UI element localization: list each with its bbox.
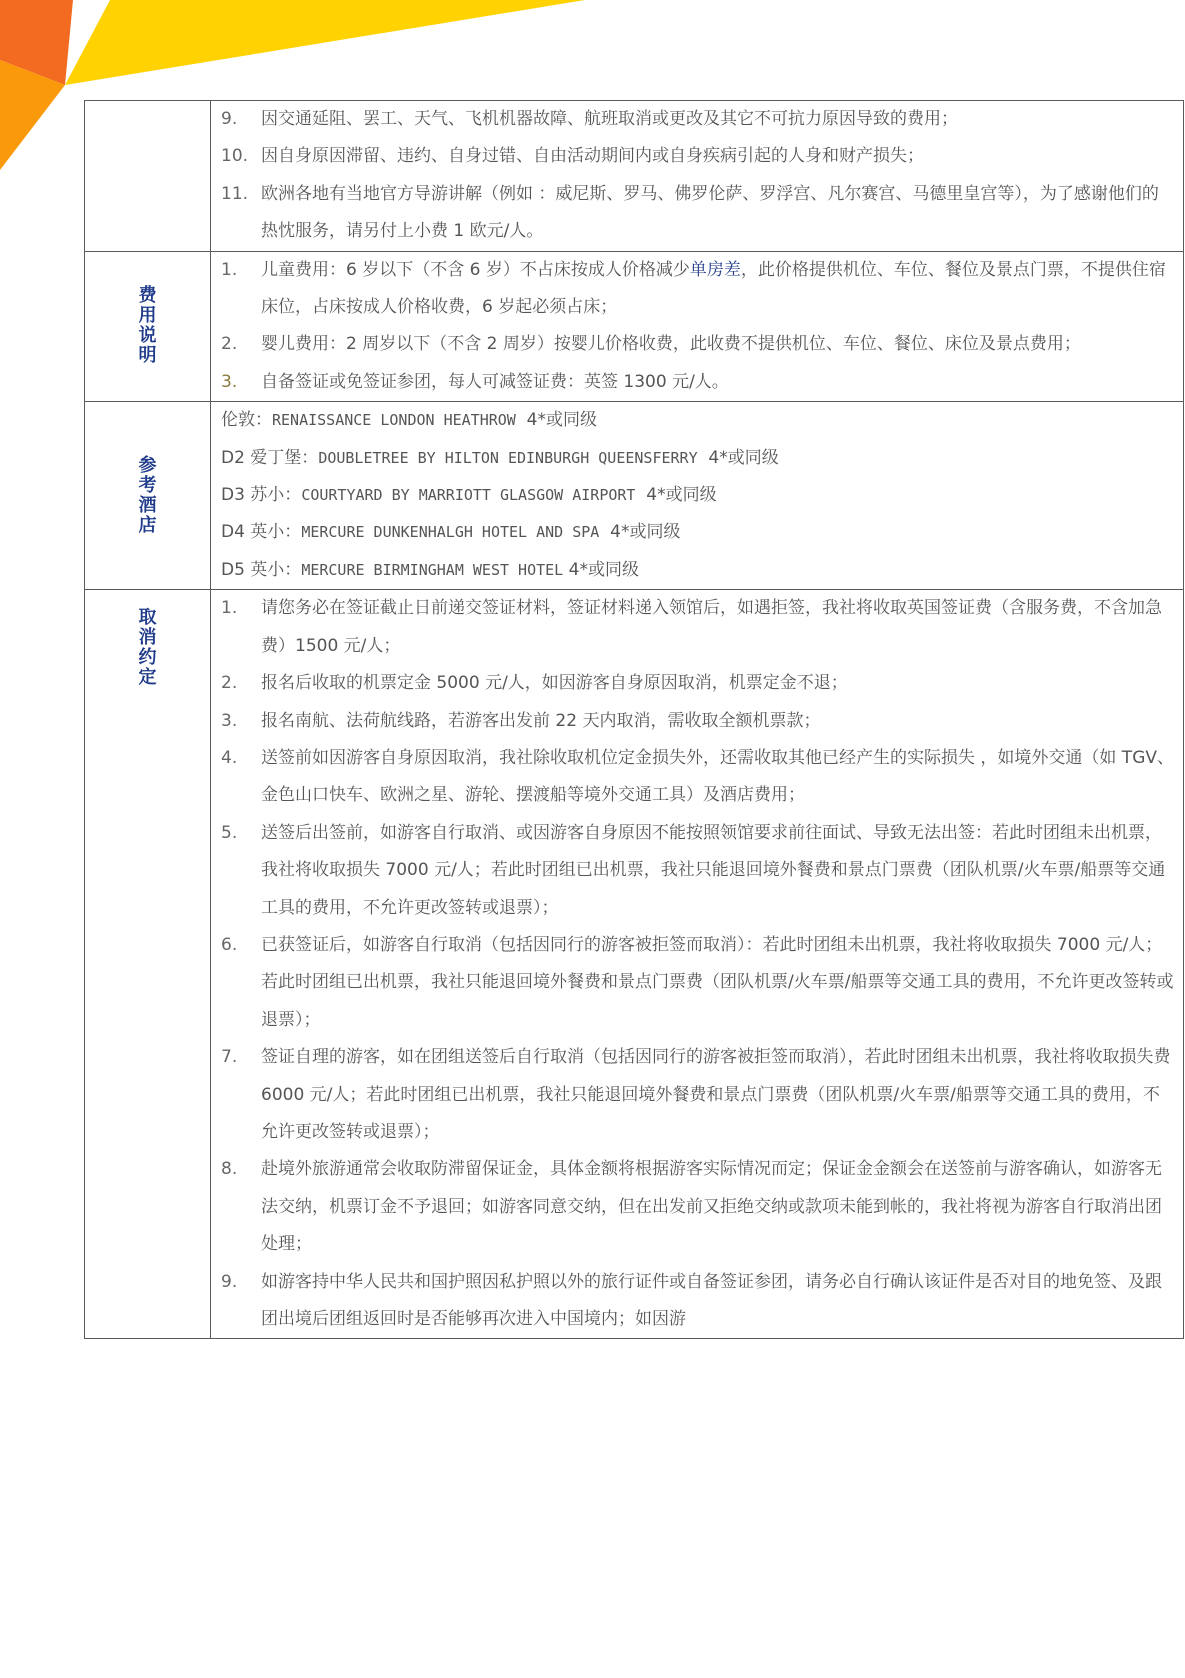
item-number: 5. [221, 815, 261, 927]
list-item: 3. 自备签证或免签证参团，每人可减签证费：英签 1300 元/人。 [221, 364, 1183, 401]
hotel-city: 伦敦： [221, 410, 272, 430]
list-item: 11. 欧洲各地有当地官方导游讲解（例如 ：威尼斯、罗马、佛罗伦萨、罗浮宫、凡尔… [221, 176, 1183, 251]
item-text: 赴境外旅游通常会收取防滞留保证金，具体金额将根据游客实际情况而定；保证金金额会在… [261, 1151, 1183, 1263]
item-text: 儿童费用：6 岁以下（不含 6 岁）不占床按成人价格减少单房差，此价格提供机位、… [261, 252, 1183, 327]
section-label: 取消约定 [138, 608, 158, 688]
hotel-name: COURTYARD BY MARRIOTT GLASGOW AIRPORT [301, 486, 635, 504]
hotel-name: MERCURE DUNKENHALGH HOTEL AND SPA [301, 523, 599, 541]
item-text: 婴儿费用：2 周岁以下（不含 2 周岁）按婴儿价格收费，此收费不提供机位、车位、… [261, 326, 1183, 363]
list-item: 6.已获签证后，如游客自行取消（包括因同行的游客被拒签而取消）：若此时团组未出机… [221, 927, 1183, 1039]
item-text: 送签前如因游客自身原因取消，我社除收取机位定金损失外，还需收取其他已经产生的实际… [261, 740, 1183, 815]
list-item: 8.赴境外旅游通常会收取防滞留保证金，具体金额将根据游客实际情况而定；保证金金额… [221, 1151, 1183, 1263]
hotels-content: 伦敦：RENAISSANCE LONDON HEATHROW 4*或同级 D2 … [211, 402, 1184, 590]
cancellation-label-cell: 取消约定 [85, 590, 211, 1339]
hotel-item: D3 苏小：COURTYARD BY MARRIOTT GLASGOW AIRP… [221, 477, 1183, 514]
list-item: 1. 儿童费用：6 岁以下（不含 6 岁）不占床按成人价格减少单房差，此价格提供… [221, 252, 1183, 327]
hotel-grade: 4*或同级 [635, 485, 716, 505]
item-number: 3. [221, 364, 261, 401]
list-item: 4.送签前如因游客自身原因取消，我社除收取机位定金损失外，还需收取其他已经产生的… [221, 740, 1183, 815]
list-item: 9. 因交通延阻、罢工、天气、飞机机器故障、航班取消或更改及其它不可抗力原因导致… [221, 101, 1183, 138]
hotels-row: 参考酒店 伦敦：RENAISSANCE LONDON HEATHROW 4*或同… [85, 402, 1184, 590]
hotel-item: 伦敦：RENAISSANCE LONDON HEATHROW 4*或同级 [221, 402, 1183, 439]
item-number: 1. [221, 252, 261, 327]
item-text: 请您务必在签证截止日前递交签证材料，签证材料递入领馆后，如遇拒签，我社将收取英国… [261, 590, 1183, 665]
item-number: 9. [221, 1264, 261, 1339]
hotel-item: D4 英小：MERCURE DUNKENHALGH HOTEL AND SPA … [221, 514, 1183, 551]
item-text: 如游客持中华人民共和国护照因私护照以外的旅行证件或自备签证参团，请务必自行确认该… [261, 1264, 1183, 1339]
section-label: 参考酒店 [138, 456, 158, 536]
item-text: 因自身原因滞留、违约、自身过错、自由活动期间内或自身疾病引起的人身和财产损失； [261, 138, 1183, 175]
hotel-item: D5 英小：MERCURE BIRMINGHAM WEST HOTEL 4*或同… [221, 552, 1183, 589]
item-number: 10. [221, 138, 261, 175]
highlighted-term: 单房差 [690, 260, 741, 280]
item-number: 6. [221, 927, 261, 1039]
hotel-grade: 4*或同级 [698, 448, 779, 468]
exclusions-continued-row: 9. 因交通延阻、罢工、天气、飞机机器故障、航班取消或更改及其它不可抗力原因导致… [85, 101, 1184, 252]
light-orange-shape [0, 60, 65, 170]
hotel-city: D5 英小： [221, 560, 301, 580]
item-text: 自备签证或免签证参团，每人可减签证费：英签 1300 元/人。 [261, 364, 1183, 401]
hotel-city: D3 苏小： [221, 485, 301, 505]
list-item: 2.报名后收取的机票定金 5000 元/人，如因游客自身原因取消，机票定金不退； [221, 665, 1183, 702]
hotels-label-cell: 参考酒店 [85, 402, 211, 590]
itinerary-terms-table: 9. 因交通延阻、罢工、天气、飞机机器故障、航班取消或更改及其它不可抗力原因导致… [84, 100, 1184, 1339]
item-number: 2. [221, 326, 261, 363]
hotel-grade: 4*或同级 [516, 410, 597, 430]
item-text: 欧洲各地有当地官方导游讲解（例如 ：威尼斯、罗马、佛罗伦萨、罗浮宫、凡尔赛宫、马… [261, 176, 1183, 251]
item-number: 4. [221, 740, 261, 815]
item-number: 7. [221, 1039, 261, 1151]
item-number: 1. [221, 590, 261, 665]
item-text: 报名南航、法荷航线路，若游客出发前 22 天内取消，需收取全额机票款； [261, 703, 1183, 740]
item-text: 已获签证后，如游客自行取消（包括因同行的游客被拒签而取消）：若此时团组未出机票，… [261, 927, 1183, 1039]
item-text: 签证自理的游客，如在团组送签后自行取消（包括因同行的游客被拒签而取消），若此时团… [261, 1039, 1183, 1151]
text-segment: 儿童费用：6 岁以下（不含 6 岁）不占床按成人价格减少 [261, 260, 690, 280]
cancellation-row: 取消约定 1.请您务必在签证截止日前递交签证材料，签证材料递入领馆后，如遇拒签，… [85, 590, 1184, 1339]
list-item: 5.送签后出签前，如游客自行取消、或因游客自身原因不能按照领馆要求前往面试、导致… [221, 815, 1183, 927]
list-item: 3.报名南航、法荷航线路，若游客出发前 22 天内取消，需收取全额机票款； [221, 703, 1183, 740]
hotel-item: D2 爱丁堡：DOUBLETREE BY HILTON EDINBURGH QU… [221, 440, 1183, 477]
cancellation-content: 1.请您务必在签证截止日前递交签证材料，签证材料递入领馆后，如遇拒签，我社将收取… [211, 590, 1184, 1339]
fees-row: 费用说明 1. 儿童费用：6 岁以下（不含 6 岁）不占床按成人价格减少单房差，… [85, 251, 1184, 402]
exclusions-content: 9. 因交通延阻、罢工、天气、飞机机器故障、航班取消或更改及其它不可抗力原因导致… [211, 101, 1184, 252]
yellow-shape [65, 0, 585, 85]
hotel-name: DOUBLETREE BY HILTON EDINBURGH QUEENSFER… [318, 449, 697, 467]
item-number: 2. [221, 665, 261, 702]
list-item: 2. 婴儿费用：2 周岁以下（不含 2 周岁）按婴儿价格收费，此收费不提供机位、… [221, 326, 1183, 363]
item-number: 8. [221, 1151, 261, 1263]
hotel-name: RENAISSANCE LONDON HEATHROW [272, 411, 516, 429]
list-item: 9.如游客持中华人民共和国护照因私护照以外的旅行证件或自备签证参团，请务必自行确… [221, 1264, 1183, 1339]
list-item: 7.签证自理的游客，如在团组送签后自行取消（包括因同行的游客被拒签而取消），若此… [221, 1039, 1183, 1151]
hotel-grade: 4*或同级 [599, 522, 680, 542]
item-number: 3. [221, 703, 261, 740]
dark-orange-shape [0, 0, 73, 85]
item-number: 11. [221, 176, 261, 251]
list-item: 1.请您务必在签证截止日前递交签证材料，签证材料递入领馆后，如遇拒签，我社将收取… [221, 590, 1183, 665]
hotel-city: D4 英小： [221, 522, 301, 542]
item-text: 报名后收取的机票定金 5000 元/人，如因游客自身原因取消，机票定金不退； [261, 665, 1183, 702]
item-text: 因交通延阻、罢工、天气、飞机机器故障、航班取消或更改及其它不可抗力原因导致的费用… [261, 101, 1183, 138]
list-item: 10. 因自身原因滞留、违约、自身过错、自由活动期间内或自身疾病引起的人身和财产… [221, 138, 1183, 175]
section-label: 费用说明 [138, 286, 158, 366]
fees-content: 1. 儿童费用：6 岁以下（不含 6 岁）不占床按成人价格减少单房差，此价格提供… [211, 251, 1184, 402]
exclusions-label-cell [85, 101, 211, 252]
fees-label-cell: 费用说明 [85, 251, 211, 402]
hotel-name: MERCURE BIRMINGHAM WEST HOTEL [301, 561, 563, 579]
hotel-grade: 4*或同级 [563, 560, 639, 580]
item-number: 9. [221, 101, 261, 138]
hotel-city: D2 爱丁堡： [221, 448, 318, 468]
item-text: 送签后出签前，如游客自行取消、或因游客自身原因不能按照领馆要求前往面试、导致无法… [261, 815, 1183, 927]
